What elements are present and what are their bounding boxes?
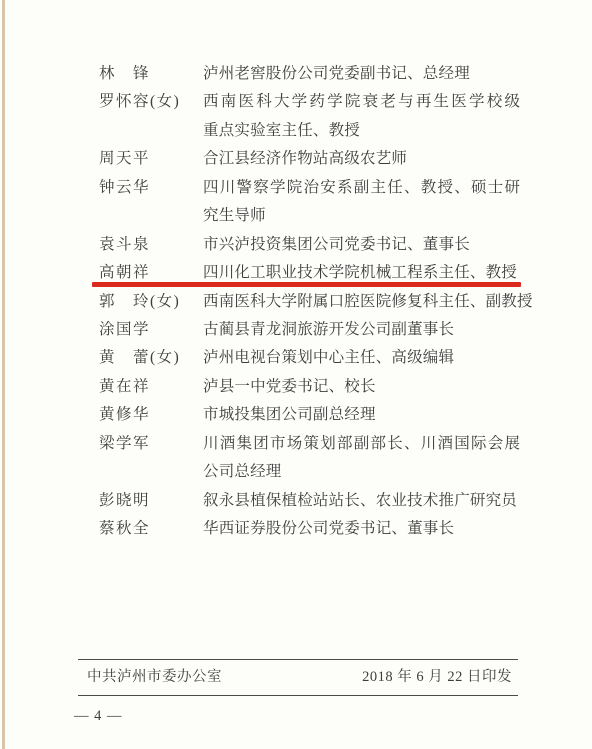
list-item: 涂国学 古蔺县青龙洞旅游开发公司副董事长 (99, 316, 528, 344)
person-name: 涂国学 (99, 316, 203, 344)
person-name: 黄 蕾(女) (99, 344, 203, 372)
list-item: 郭 玲(女) 西南医科大学附属口腔医院修复科主任、副教授 (99, 288, 528, 316)
person-name: 罗怀容(女) (99, 88, 203, 116)
person-title: 市兴泸投资集团公司党委书记、董事长 (203, 231, 520, 259)
person-name: 黄修华 (99, 401, 203, 429)
person-name: 黄在祥 (99, 373, 203, 401)
person-title: 究生导师 (203, 202, 520, 230)
person-title: 公司总经理 (203, 458, 520, 486)
footer-print-date: 2018 年 6 月 22 日印发 (362, 666, 512, 688)
list-item-continuation: 重点实验室主任、教授 (99, 117, 528, 145)
list-item: 蔡秋全 华西证券股份公司党委书记、董事长 (99, 515, 528, 543)
person-name (99, 117, 203, 145)
list-item: 梁学军 川酒集团市场策划部副部长、川酒国际会展 (99, 430, 528, 458)
footer-top-rule (78, 659, 518, 660)
list-item: 彭晓明 叙永县植保植检站站长、农业技术推广研究员 (99, 487, 528, 515)
person-title: 古蔺县青龙洞旅游开发公司副董事长 (203, 316, 520, 344)
footer-bottom-rule (78, 695, 518, 696)
scan-edge-artifact (2, 0, 5, 749)
person-title: 西南医科大学附属口腔医院修复科主任、副教授 (203, 288, 520, 316)
list-item: 罗怀容(女) 西南医科大学药学院衰老与再生医学校级 (99, 88, 528, 116)
scanned-document-page: 林 锋 泸州老窖股份公司党委副书记、总经理 罗怀容(女) 西南医科大学药学院衰老… (0, 0, 592, 749)
list-item-continuation: 公司总经理 (99, 458, 528, 486)
person-title: 叙永县植保植检站站长、农业技术推广研究员 (203, 487, 520, 515)
person-name: 梁学军 (99, 430, 203, 458)
person-title: 泸州老窖股份公司党委副书记、总经理 (203, 60, 520, 88)
person-title: 四川警察学院治安系副主任、教授、硕士研 (203, 174, 520, 202)
list-item: 林 锋 泸州老窖股份公司党委副书记、总经理 (99, 60, 528, 88)
person-name: 蔡秋全 (99, 515, 203, 543)
list-item-continuation: 究生导师 (99, 202, 528, 230)
person-title: 泸州电视台策划中心主任、高级编辑 (203, 344, 520, 372)
person-title: 合江县经济作物站高级农艺师 (203, 145, 520, 173)
person-name (99, 458, 203, 486)
list-item: 周天平 合江县经济作物站高级农艺师 (99, 145, 528, 173)
list-item: 袁斗泉 市兴泸投资集团公司党委书记、董事长 (99, 231, 528, 259)
person-title: 西南医科大学药学院衰老与再生医学校级 (203, 88, 520, 116)
person-title: 市城投集团公司副总经理 (203, 401, 520, 429)
page-number: — 4 — (74, 706, 123, 726)
person-title: 华西证券股份公司党委书记、董事长 (203, 515, 520, 543)
person-title: 重点实验室主任、教授 (203, 117, 520, 145)
list-item: 黄在祥 泸县一中党委书记、校长 (99, 373, 528, 401)
person-name: 林 锋 (99, 60, 203, 88)
person-name: 袁斗泉 (99, 231, 203, 259)
person-name: 郭 玲(女) (99, 288, 203, 316)
person-title: 泸县一中党委书记、校长 (203, 373, 520, 401)
person-title: 川酒集团市场策划部副部长、川酒国际会展 (203, 430, 520, 458)
person-name (99, 202, 203, 230)
red-underline-annotation (92, 282, 521, 287)
list-item: 黄 蕾(女) 泸州电视台策划中心主任、高级编辑 (99, 344, 528, 372)
person-name: 周天平 (99, 145, 203, 173)
list-item: 黄修华 市城投集团公司副总经理 (99, 401, 528, 429)
footer-issuer: 中共泸州市委办公室 (87, 666, 222, 688)
personnel-roster: 林 锋 泸州老窖股份公司党委副书记、总经理 罗怀容(女) 西南医科大学药学院衰老… (99, 60, 528, 543)
list-item: 钟云华 四川警察学院治安系副主任、教授、硕士研 (99, 174, 528, 202)
person-name: 钟云华 (99, 174, 203, 202)
person-name: 彭晓明 (99, 487, 203, 515)
